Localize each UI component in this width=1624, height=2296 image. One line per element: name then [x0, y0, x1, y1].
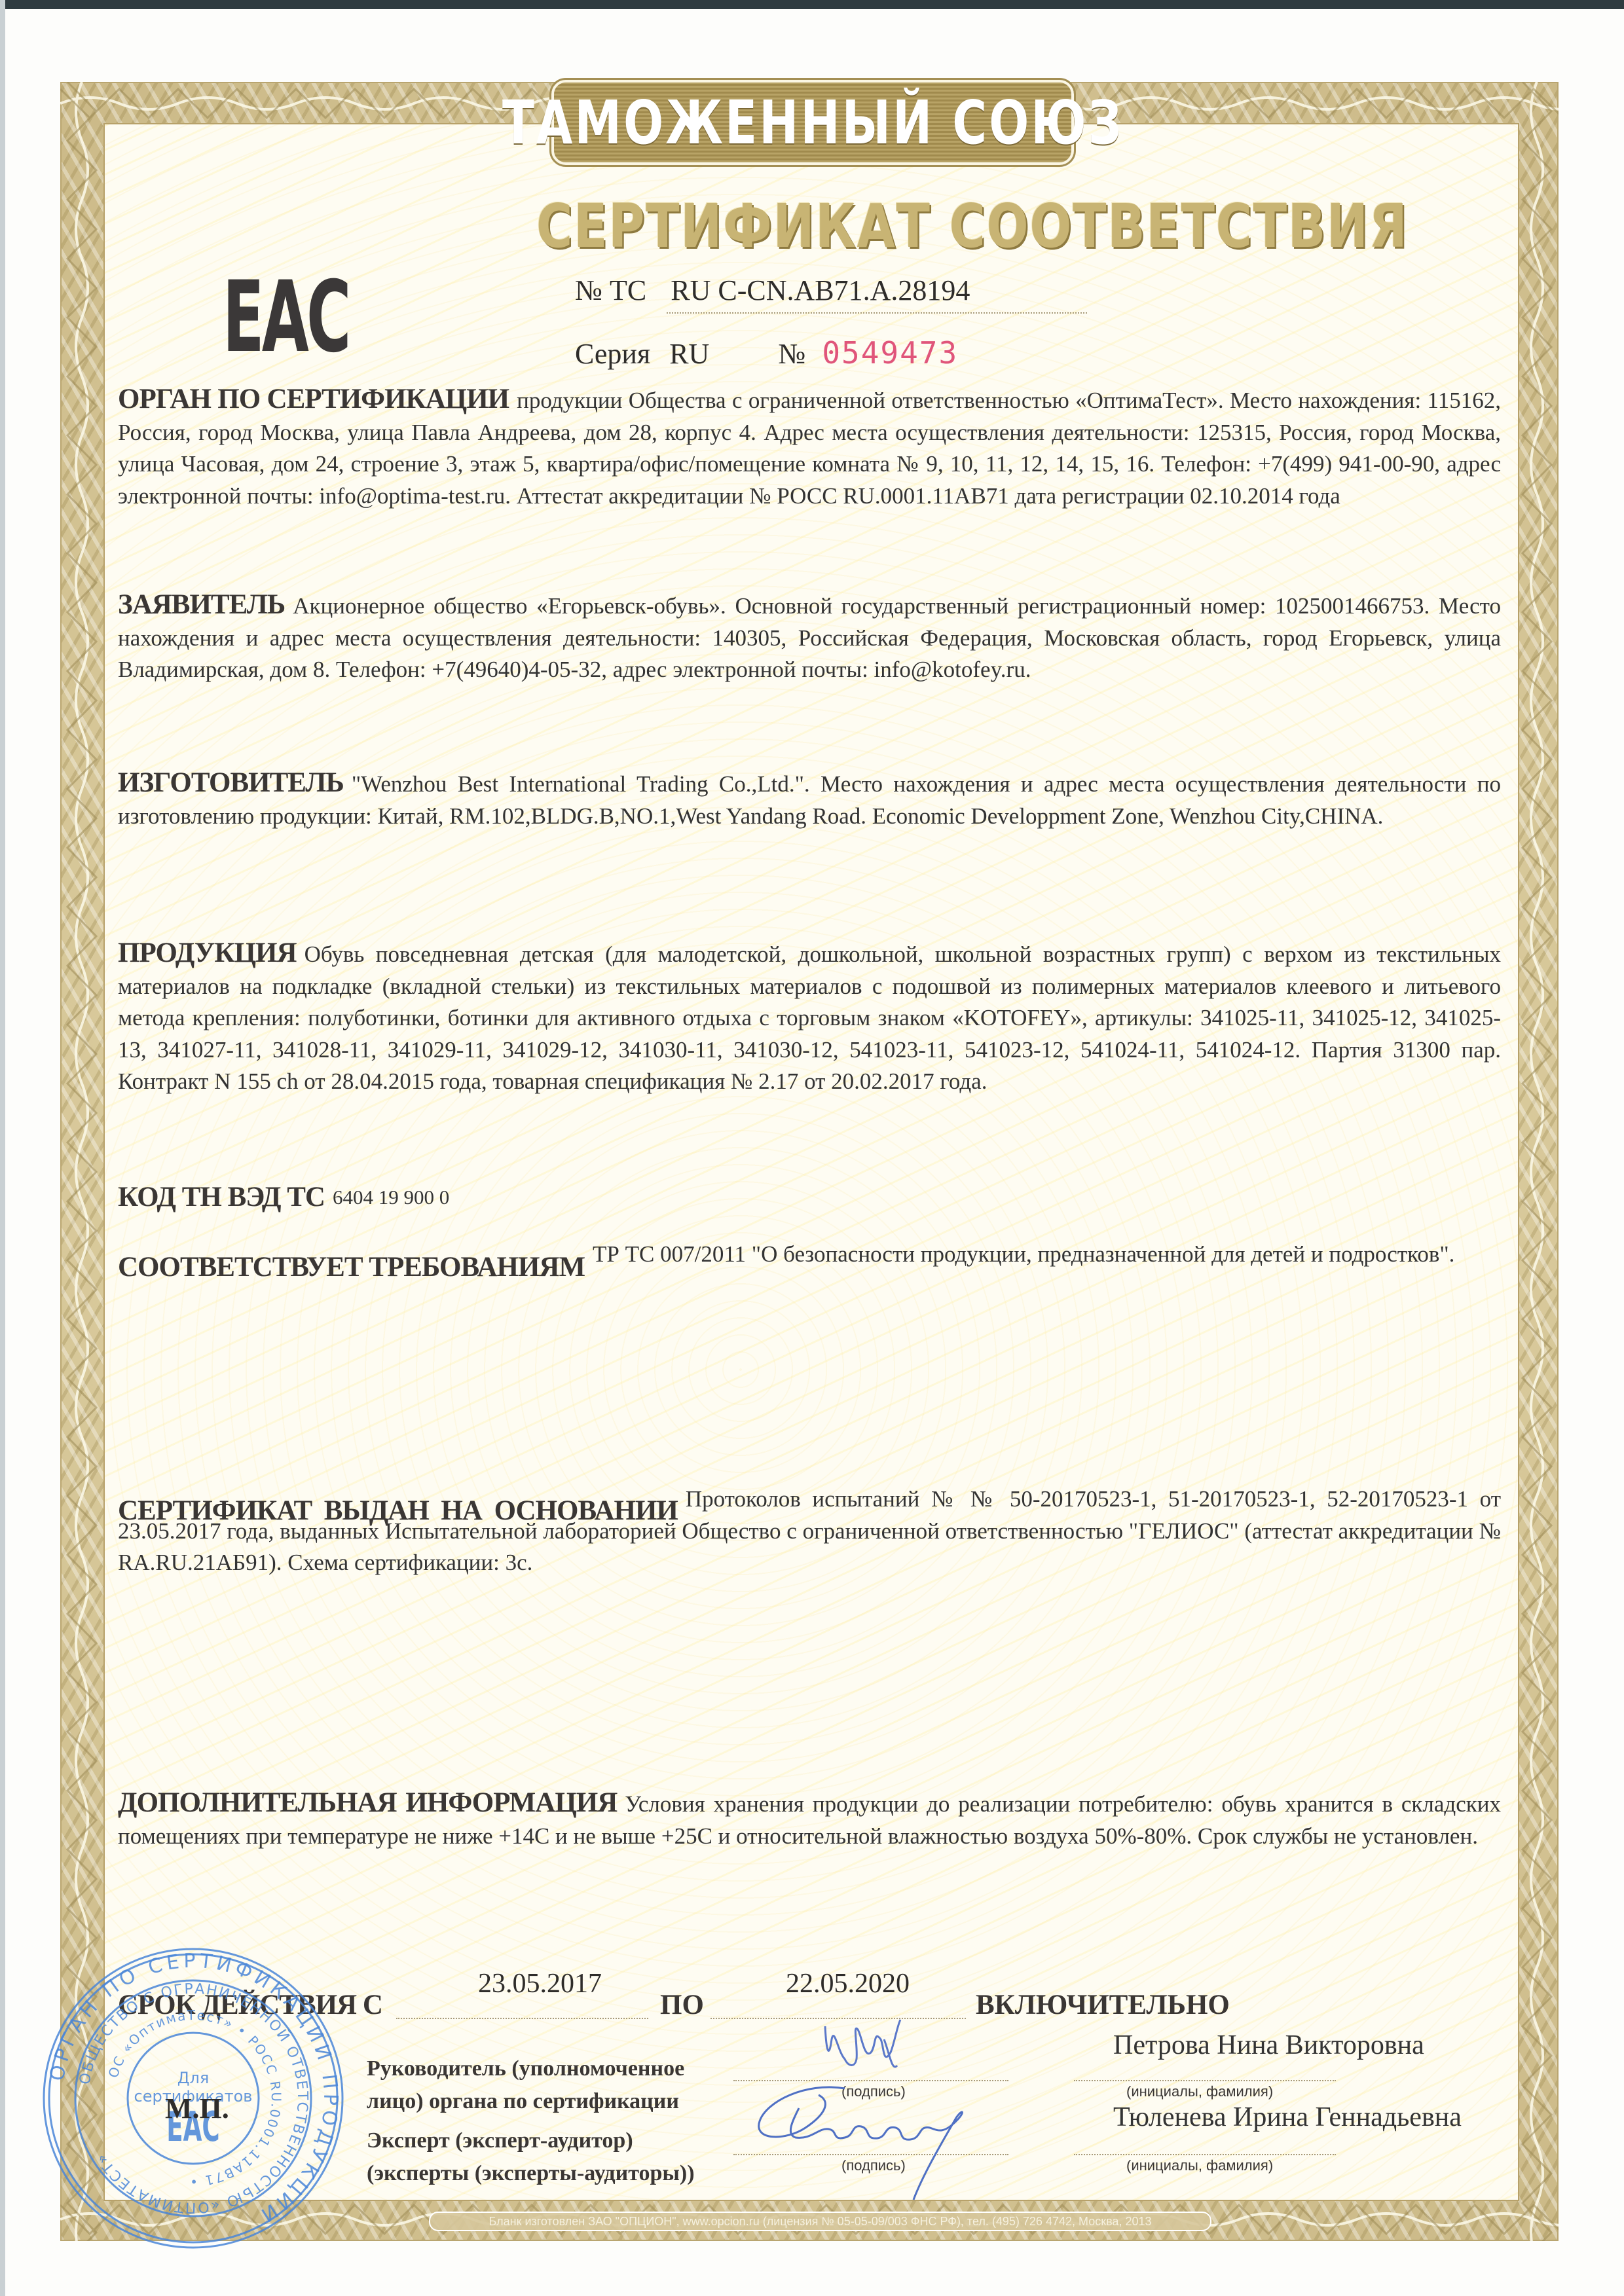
certificate-number: RU C-CN.AB71.A.28194 — [671, 274, 970, 306]
valid-to-date: 22.05.2020 — [786, 1968, 910, 1999]
expert-role-line1: Эксперт (эксперт-аудитор) — [367, 2124, 695, 2157]
series-value: RU — [669, 338, 709, 370]
section-conformity: СООТВЕТСТВУЕТ ТРЕБОВАНИЯМТР ТС 007/2011 … — [118, 1237, 1501, 1271]
expert-signature-line — [733, 2154, 1008, 2155]
validity-heading: СРОК ДЕЙСТВИЯ С — [118, 1989, 382, 2021]
certification-body-heading: ОРГАН ПО СЕРТИФИКАЦИИ — [118, 384, 509, 414]
certificate-number-underline — [667, 312, 1087, 314]
section-applicant: ЗАЯВИТЕЛЬАкционерное общество «Егорьевск… — [118, 589, 1501, 686]
series-label: Серия — [575, 338, 650, 370]
expert-signature-caption: (подпись) — [841, 2157, 906, 2174]
valid-from-underline — [396, 2018, 648, 2019]
manufacturer-heading: ИЗГОТОВИТЕЛЬ — [118, 767, 344, 798]
head-signature-caption: (подпись) — [841, 2083, 906, 2100]
serial-number: 0549473 — [822, 335, 958, 371]
serial-label: № — [778, 338, 805, 370]
certificate-number-label: № ТС — [575, 274, 646, 306]
seal-place-label: М.П. — [165, 2092, 229, 2125]
hs-code-heading: КОД ТН ВЭД ТС — [118, 1182, 325, 1212]
section-basis: СЕРТИФИКАТ ВЫДАН НА ОСНОВАНИИПротоколов … — [118, 1482, 1501, 1579]
product-heading: ПРОДУКЦИЯ — [118, 938, 297, 968]
customs-union-badge: ТАМОЖЕННЫЙ СОЮЗ — [551, 80, 1074, 165]
head-signature-line — [733, 2080, 1008, 2081]
valid-to-underline — [710, 2018, 966, 2019]
applicant-text: Акционерное общество «Егорьевск-обувь». … — [118, 593, 1501, 682]
head-role-line1: Руководитель (уполномоченное — [367, 2052, 684, 2085]
printer-footer-note: Бланк изготовлен ЗАО "ОПЦИОН", www.opcio… — [429, 2212, 1211, 2231]
applicant-heading: ЗАЯВИТЕЛЬ — [118, 589, 285, 620]
expert-role-label: Эксперт (эксперт-аудитор) (эксперты (экс… — [367, 2124, 695, 2190]
section-additional-info: ДОПОЛНИТЕЛЬНАЯ ИНФОРМАЦИЯУсловия хранени… — [118, 1787, 1501, 1852]
section-manufacturer: ИЗГОТОВИТЕЛЬ"Wenzhou Best International … — [118, 767, 1501, 832]
expert-role-line2: (эксперты (эксперты-аудиторы)) — [367, 2157, 695, 2190]
section-hs-code: КОД ТН ВЭД ТС6404 19 900 0 — [118, 1182, 1501, 1215]
valid-to-label: ПО — [660, 1989, 704, 2021]
basis-heading: СЕРТИФИКАТ ВЫДАН НА ОСНОВАНИИ — [118, 1495, 678, 1526]
validity-period: СРОК ДЕЙСТВИЯ С 23.05.2017 ПО 22.05.2020… — [118, 1971, 1501, 2023]
validity-inclusive-label: ВКЛЮЧИТЕЛЬНО — [976, 1989, 1230, 2021]
additional-info-heading: ДОПОЛНИТЕЛЬНАЯ ИНФОРМАЦИЯ — [118, 1787, 617, 1818]
expert-name-caption: (инициалы, фамилия) — [1126, 2157, 1273, 2174]
head-role-line2: лицо) органа по сертификации — [367, 2085, 684, 2118]
certificate-title: СЕРТИФИКАТ СООТВЕТСТВИЯ — [536, 191, 1127, 261]
section-product: ПРОДУКЦИЯОбувь повседневная детская (для… — [118, 938, 1501, 1098]
scan-left-edge — [0, 0, 5, 2296]
head-role-label: Руководитель (уполномоченное лицо) орган… — [367, 2052, 684, 2118]
conformity-heading: СООТВЕТСТВУЕТ ТРЕБОВАНИЯМ — [118, 1252, 585, 1283]
hs-code-value: 6404 19 900 0 — [333, 1186, 449, 1209]
valid-from-date: 23.05.2017 — [478, 1968, 602, 1999]
series-row: Серия RU № 0549473 — [575, 335, 958, 371]
head-name: Петрова Нина Викторовна — [1113, 2030, 1424, 2061]
customs-union-title: ТАМОЖЕННЫЙ СОЮЗ — [502, 88, 1124, 158]
head-name-line — [1074, 2080, 1336, 2081]
eac-logo-icon: EAC — [223, 268, 349, 367]
section-certification-body: ОРГАН ПО СЕРТИФИКАЦИИпродукции Общества … — [118, 384, 1501, 512]
certificate-number-row: № ТС RU C-CN.AB71.A.28194 — [575, 274, 970, 307]
expert-name-line — [1074, 2154, 1336, 2155]
head-name-caption: (инициалы, фамилия) — [1126, 2083, 1273, 2100]
scan-top-edge — [0, 0, 1624, 9]
conformity-text: ТР ТС 007/2011 "О безопасности продукции… — [593, 1241, 1454, 1267]
expert-name: Тюленева Ирина Геннадьевна — [1113, 2102, 1462, 2133]
product-text: Обувь повседневная детская (для малодетс… — [118, 941, 1501, 1094]
